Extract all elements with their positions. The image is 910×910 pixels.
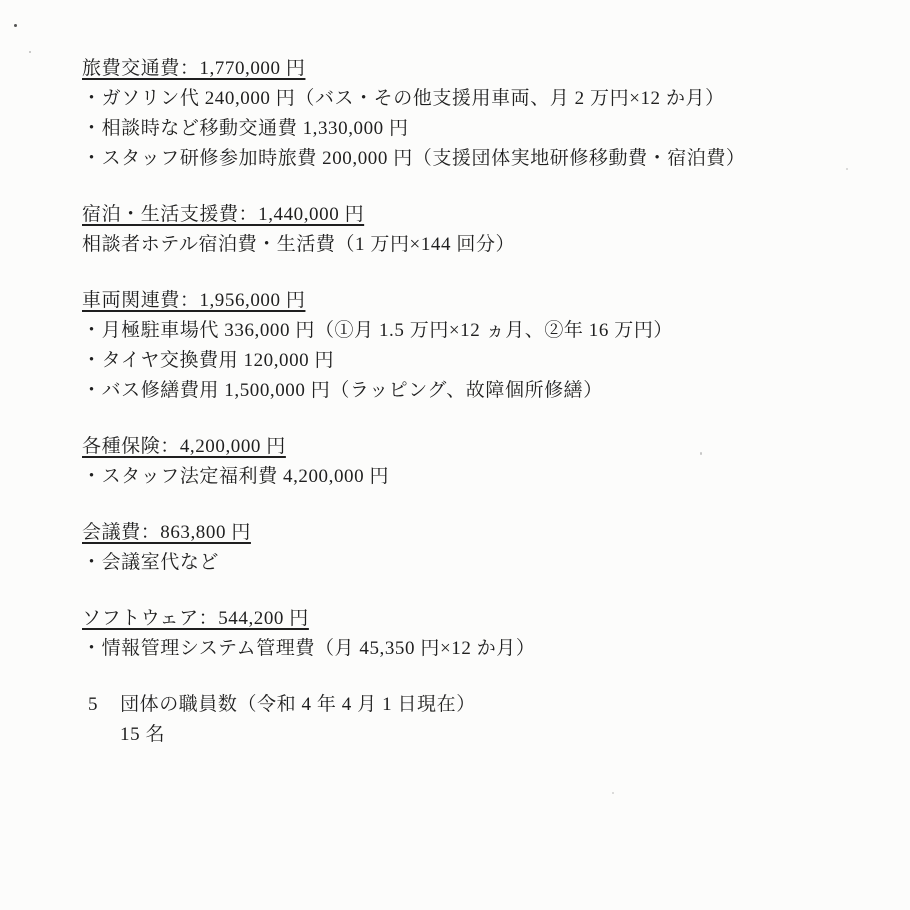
scan-speckle (612, 792, 614, 794)
section-vehicle-related: 車両関連費：1,956,000 円 ・月極駐車場代 336,000 円（①月 1… (82, 286, 880, 406)
expense-line: 相談者ホテル宿泊費・生活費（1 万円×144 回分） (82, 230, 880, 260)
section-insurance: 各種保険：4,200,000 円 ・スタッフ法定福利費 4,200,000 円 (82, 432, 880, 492)
expense-line: ・相談時など移動交通費 1,330,000 円 (82, 114, 880, 144)
section-software: ソフトウェア：544,200 円 ・情報管理システム管理費（月 45,350 円… (82, 604, 880, 664)
document-page: 旅費交通費：1,770,000 円 ・ガソリン代 240,000 円（バス・その… (0, 0, 910, 910)
section-meeting-costs: 会議費：863,800 円 ・会議室代など (82, 518, 880, 578)
section-heading: 宿泊・生活支援費：1,440,000 円 (82, 200, 880, 230)
item-title: 団体の職員数（令和 4 年 4 月 1 日現在） (120, 694, 476, 715)
expense-line: ・バス修繕費用 1,500,000 円（ラッピング、故障個所修繕） (82, 376, 880, 406)
staff-count-title-line: 5団体の職員数（令和 4 年 4 月 1 日現在） (82, 690, 880, 720)
section-heading: 旅費交通費：1,770,000 円 (82, 54, 880, 84)
section-heading: 車両関連費：1,956,000 円 (82, 286, 880, 316)
expense-line: ・会議室代など (82, 548, 880, 578)
expense-line: ・スタッフ法定福利費 4,200,000 円 (82, 462, 880, 492)
section-travel-expenses: 旅費交通費：1,770,000 円 ・ガソリン代 240,000 円（バス・その… (82, 54, 880, 174)
scan-speckle (14, 24, 17, 27)
scan-speckle (846, 168, 848, 170)
scan-speckle (700, 452, 702, 455)
expense-line: ・月極駐車場代 336,000 円（①月 1.5 万円×12 ヵ月、②年 16 … (82, 316, 880, 346)
section-heading: 各種保険：4,200,000 円 (82, 432, 880, 462)
scan-speckle (29, 51, 31, 53)
expense-line: ・ガソリン代 240,000 円（バス・その他支援用車両、月 2 万円×12 か… (82, 84, 880, 114)
item-number: 5 (88, 690, 98, 720)
staff-count-value: 15 名 (82, 720, 880, 750)
section-lodging-support: 宿泊・生活支援費：1,440,000 円 相談者ホテル宿泊費・生活費（1 万円×… (82, 200, 880, 260)
expense-line: ・情報管理システム管理費（月 45,350 円×12 か月） (82, 634, 880, 664)
expense-line: ・スタッフ研修参加時旅費 200,000 円（支援団体実地研修移動費・宿泊費） (82, 144, 880, 174)
section-heading: ソフトウェア：544,200 円 (82, 604, 880, 634)
staff-count-item: 5団体の職員数（令和 4 年 4 月 1 日現在） 15 名 (82, 690, 880, 750)
expense-line: ・タイヤ交換費用 120,000 円 (82, 346, 880, 376)
section-heading: 会議費：863,800 円 (82, 518, 880, 548)
